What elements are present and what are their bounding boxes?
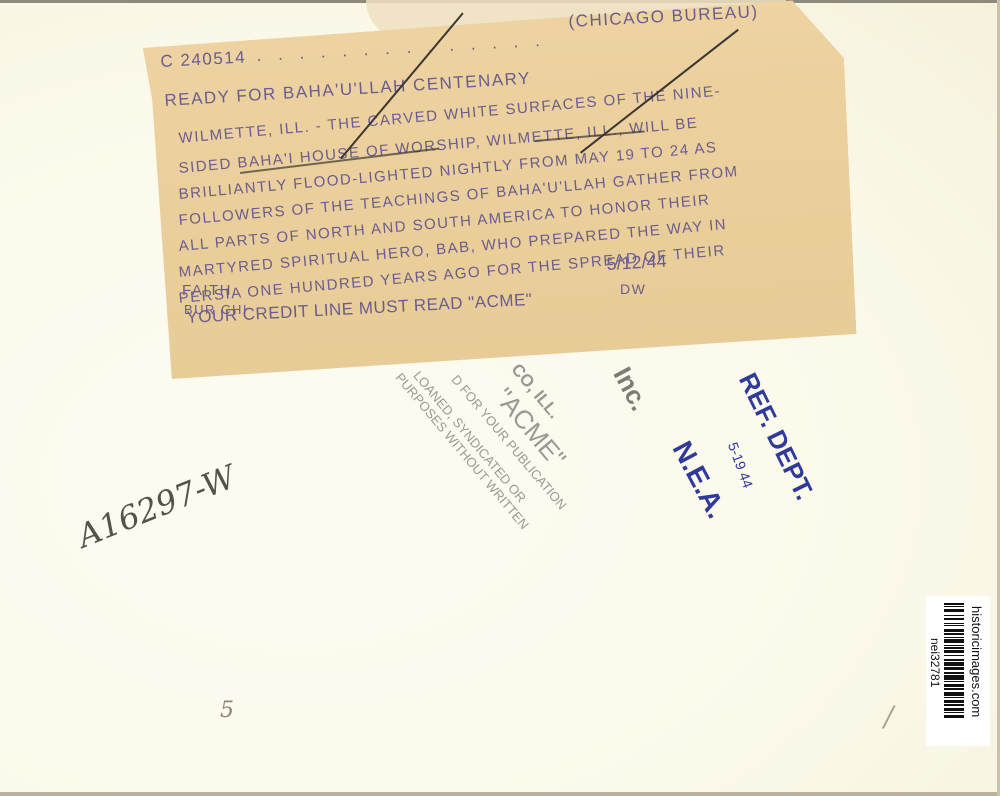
caption-date: 5/12/44 [606,251,667,275]
watermark-site: historicimages.com [969,606,984,717]
bottom-edge [0,792,1000,796]
body-line: FAITH. [182,282,238,299]
watermark-item-id: nei32781 [928,638,942,687]
barcode-icon [944,603,964,735]
caption-initials: DW [620,281,646,297]
handwritten-tick: / [884,700,893,733]
handwritten-mark: 5 [220,698,234,723]
